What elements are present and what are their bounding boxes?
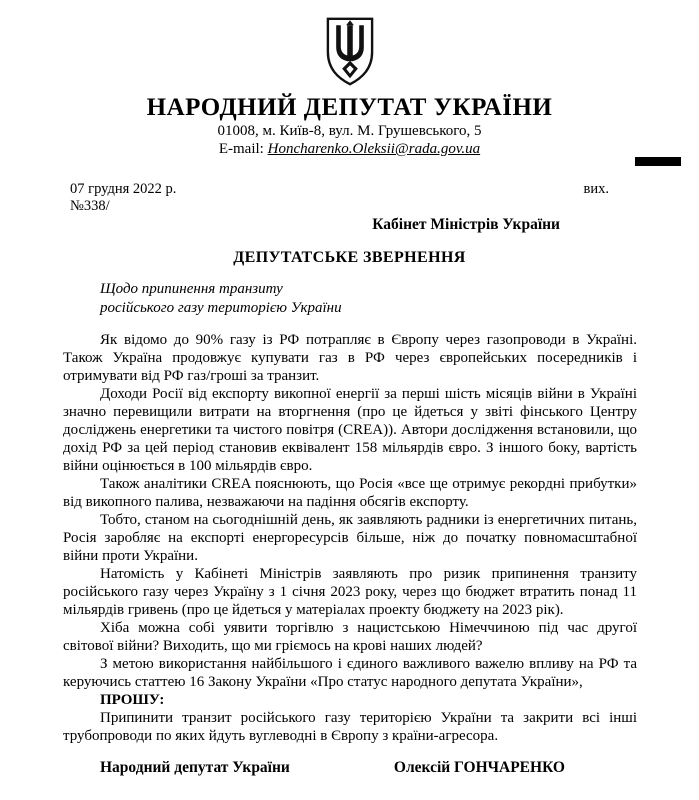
email-label: E-mail:	[219, 141, 268, 157]
request-heading: ПРОШУ:	[63, 691, 637, 709]
subject: Щодо припинення транзиту російського газ…	[100, 280, 637, 318]
body-paragraph: Як відомо до 90% газу із РФ потрапляє в …	[63, 331, 637, 385]
signature-row: Народний депутат України Олексій ГОНЧАРЕ…	[63, 759, 637, 777]
email-link[interactable]: Honcharenko.Oleksii@rada.gov.ua	[268, 141, 481, 157]
document-title: ДЕПУТАТСЬКЕ ЗВЕРНЕННЯ	[0, 249, 699, 267]
body-paragraph: Тобто, станом на сьогоднішній день, як з…	[63, 511, 637, 565]
signature-name: Олексій ГОНЧАРЕНКО	[394, 759, 565, 777]
doc-number: №338/	[70, 198, 637, 215]
request-paragraph: Припинити транзит російського газу терит…	[63, 709, 637, 745]
body-paragraph: З метою використання найбільшого і єдино…	[63, 655, 637, 691]
subject-line-1: Щодо припинення транзиту	[100, 280, 637, 299]
body-paragraph: Хіба можна собі уявити торгівлю з нацист…	[63, 619, 637, 655]
letterhead-address: 01008, м. Київ-8, вул. М. Грушевського, …	[0, 123, 699, 140]
outgoing-label: вих.	[584, 181, 609, 198]
redaction-bar	[635, 157, 681, 166]
signature-position: Народний депутат України	[100, 759, 290, 777]
letter-body: Як відомо до 90% газу із РФ потрапляє в …	[63, 331, 637, 745]
subject-line-2: російського газу територією України	[100, 299, 637, 318]
letterhead: НАРОДНИЙ ДЕПУТАТ УКРАЇНИ 01008, м. Київ-…	[0, 0, 699, 158]
meta-row: 07 грудня 2022 р. вих.	[70, 181, 637, 198]
letterhead-title: НАРОДНИЙ ДЕПУТАТ УКРАЇНИ	[0, 95, 699, 121]
body-paragraph: Також аналітики CREA пояснюють, що Росія…	[63, 475, 637, 511]
body-paragraph: Натомість у Кабінеті Міністрів заявляють…	[63, 565, 637, 619]
letterhead-email-row: E-mail: Honcharenko.Oleksii@rada.gov.ua	[0, 141, 699, 158]
letter-page: НАРОДНИЙ ДЕПУТАТ УКРАЇНИ 01008, м. Київ-…	[0, 0, 699, 800]
addressee: Кабінет Міністрів України	[70, 216, 637, 234]
body-paragraph: Доходи Росії від експорту викопної енерг…	[63, 385, 637, 475]
ukraine-trident-icon	[319, 17, 381, 87]
date: 07 грудня 2022 р.	[70, 181, 176, 198]
